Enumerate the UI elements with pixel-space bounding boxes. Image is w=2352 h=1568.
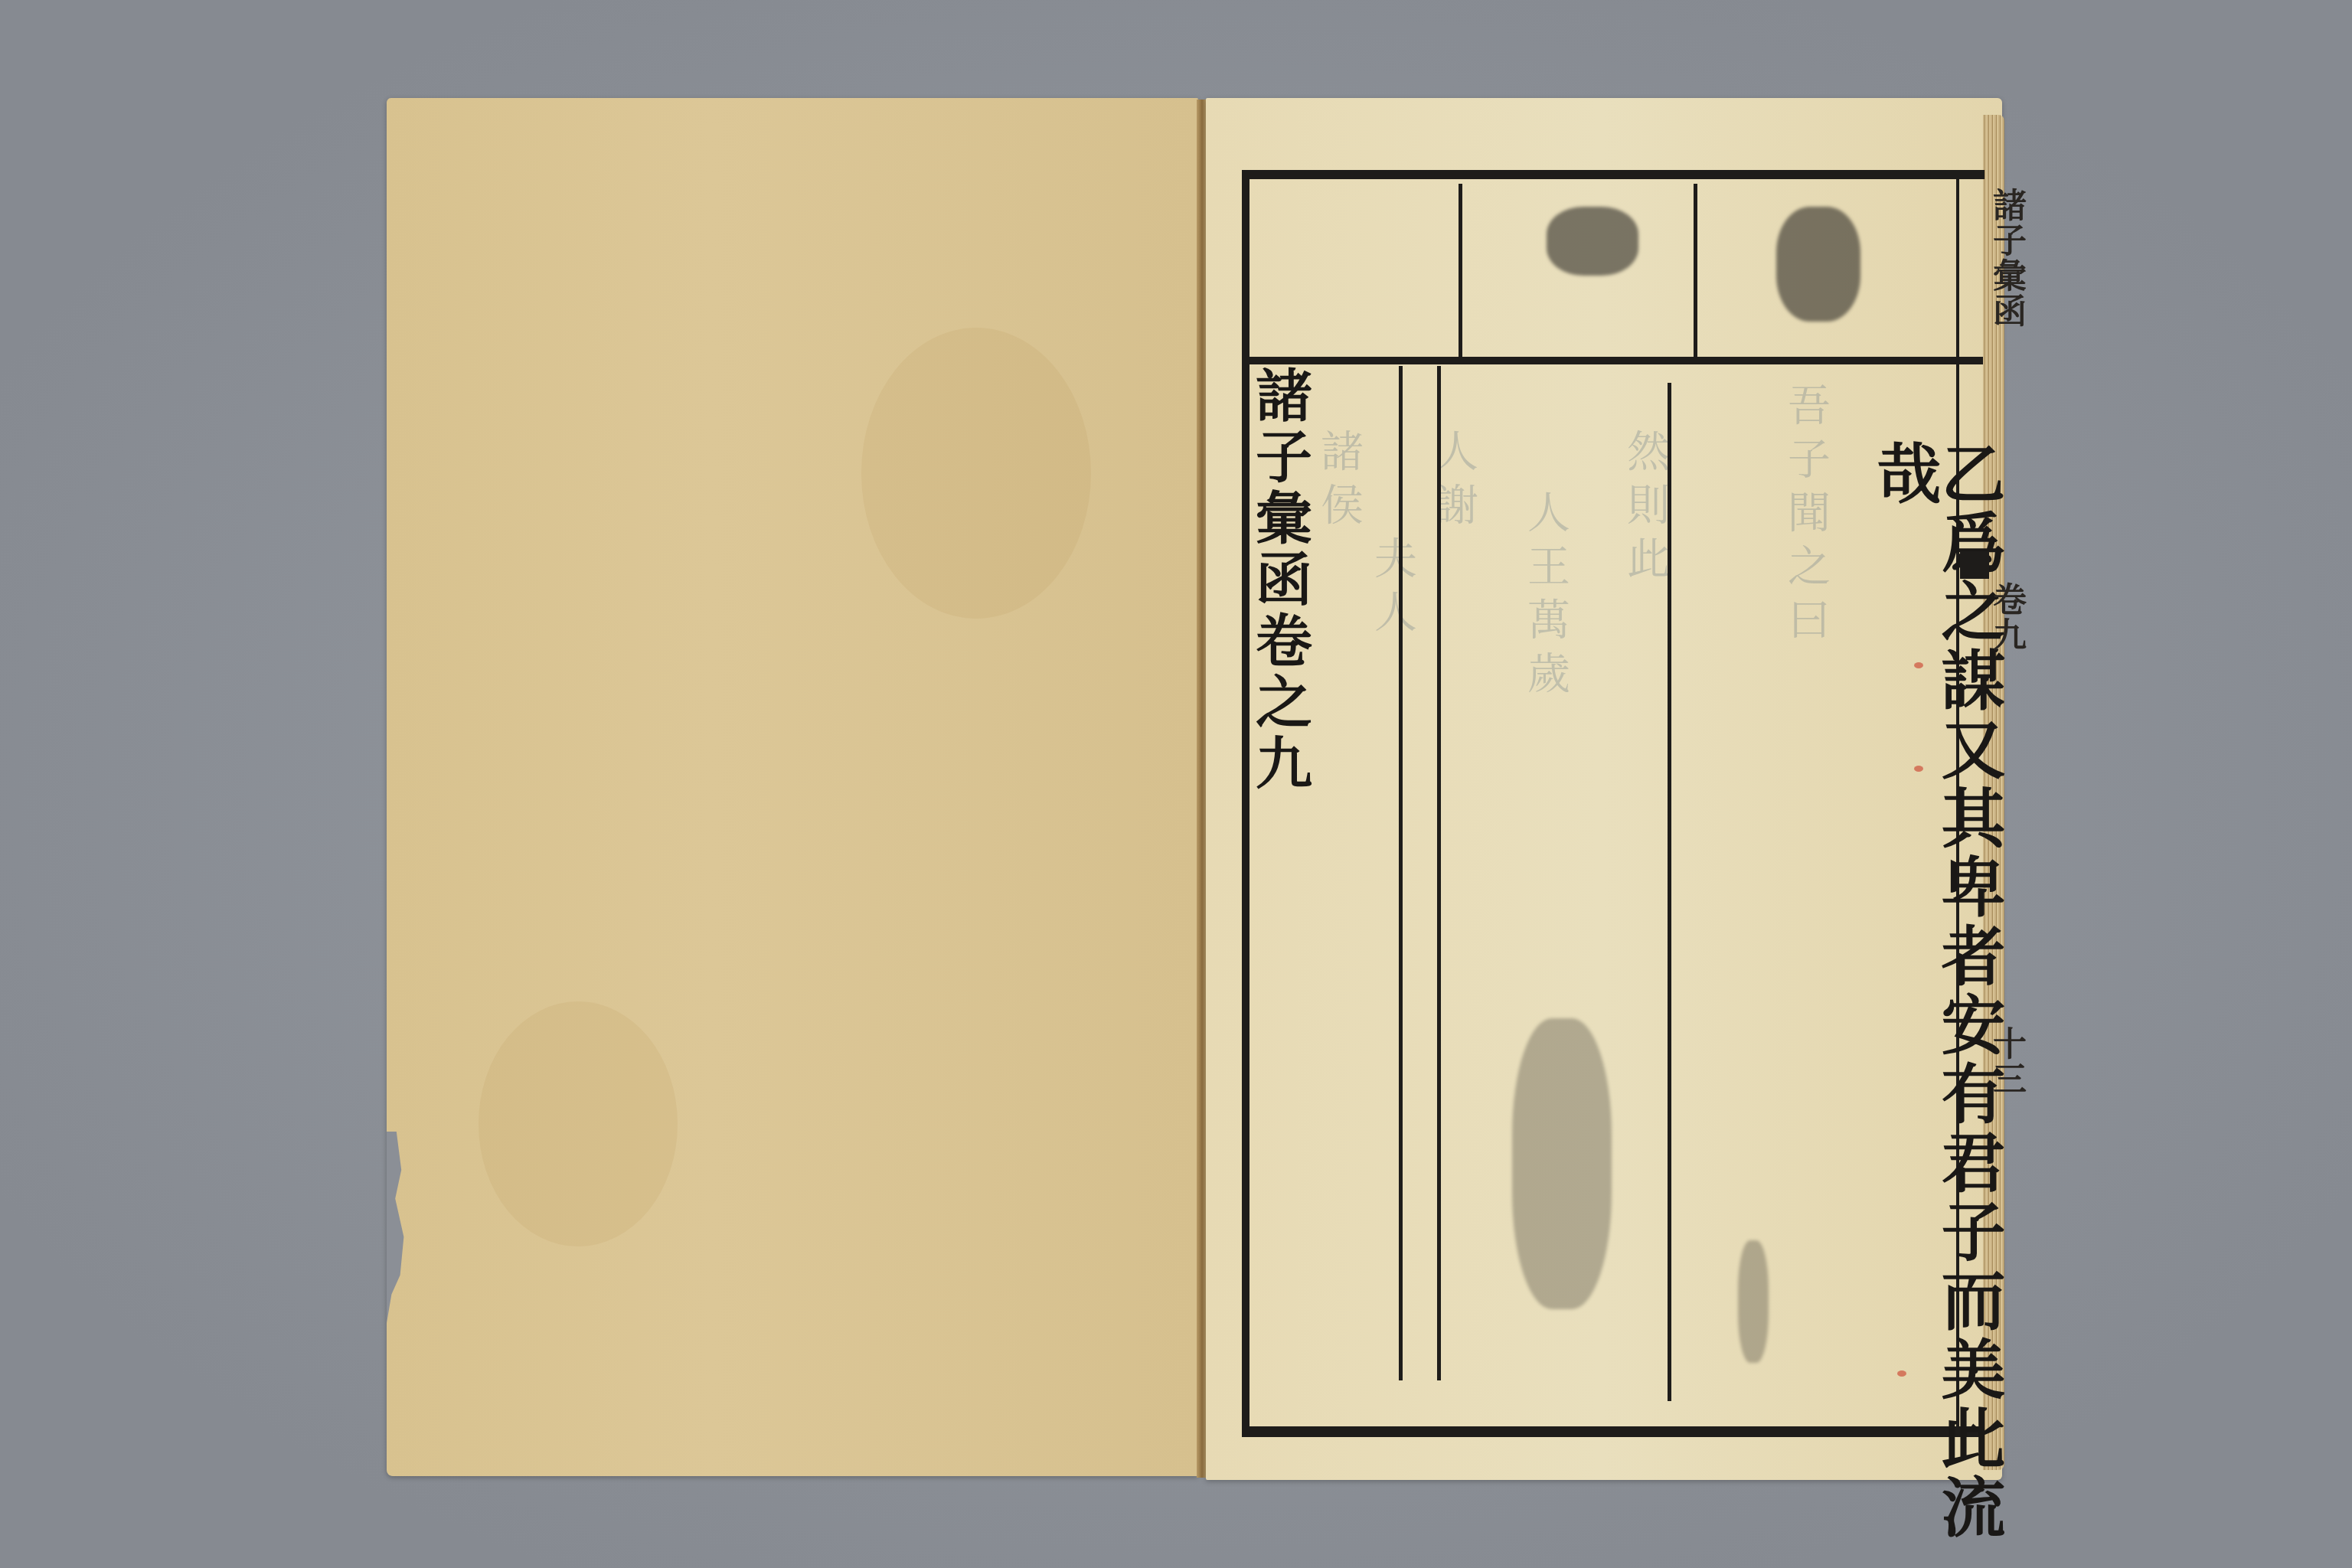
block-center-book-title: 諸子彙函 bbox=[1989, 188, 2023, 328]
volume-title: 諸子彙函卷之九 bbox=[1251, 366, 1308, 795]
left-page-blank bbox=[387, 98, 1198, 1476]
column-rule bbox=[1668, 383, 1671, 1401]
ink-damage bbox=[1738, 1240, 1769, 1363]
ink-smudge bbox=[1776, 207, 1860, 322]
header-divider bbox=[1459, 184, 1462, 360]
water-stain bbox=[479, 1001, 678, 1246]
ink-smudge bbox=[1547, 207, 1638, 276]
fishtail-mark bbox=[1960, 551, 1989, 579]
ink-damage bbox=[1512, 1018, 1612, 1309]
main-text-column: 乙爲之謀又其卑者安有君子而美此流哉 bbox=[1872, 440, 2001, 1568]
column-rule bbox=[1399, 366, 1403, 1380]
red-punctuation-mark bbox=[1914, 662, 1923, 668]
column-rule bbox=[1437, 366, 1441, 1380]
water-stain bbox=[861, 328, 1091, 619]
red-punctuation-mark bbox=[1914, 766, 1923, 772]
block-center-volume: 卷九 bbox=[1989, 582, 2023, 652]
header-divider bbox=[1694, 184, 1697, 360]
red-punctuation-mark bbox=[1897, 1370, 1906, 1377]
folio-number: 十三 bbox=[1989, 1026, 2023, 1096]
